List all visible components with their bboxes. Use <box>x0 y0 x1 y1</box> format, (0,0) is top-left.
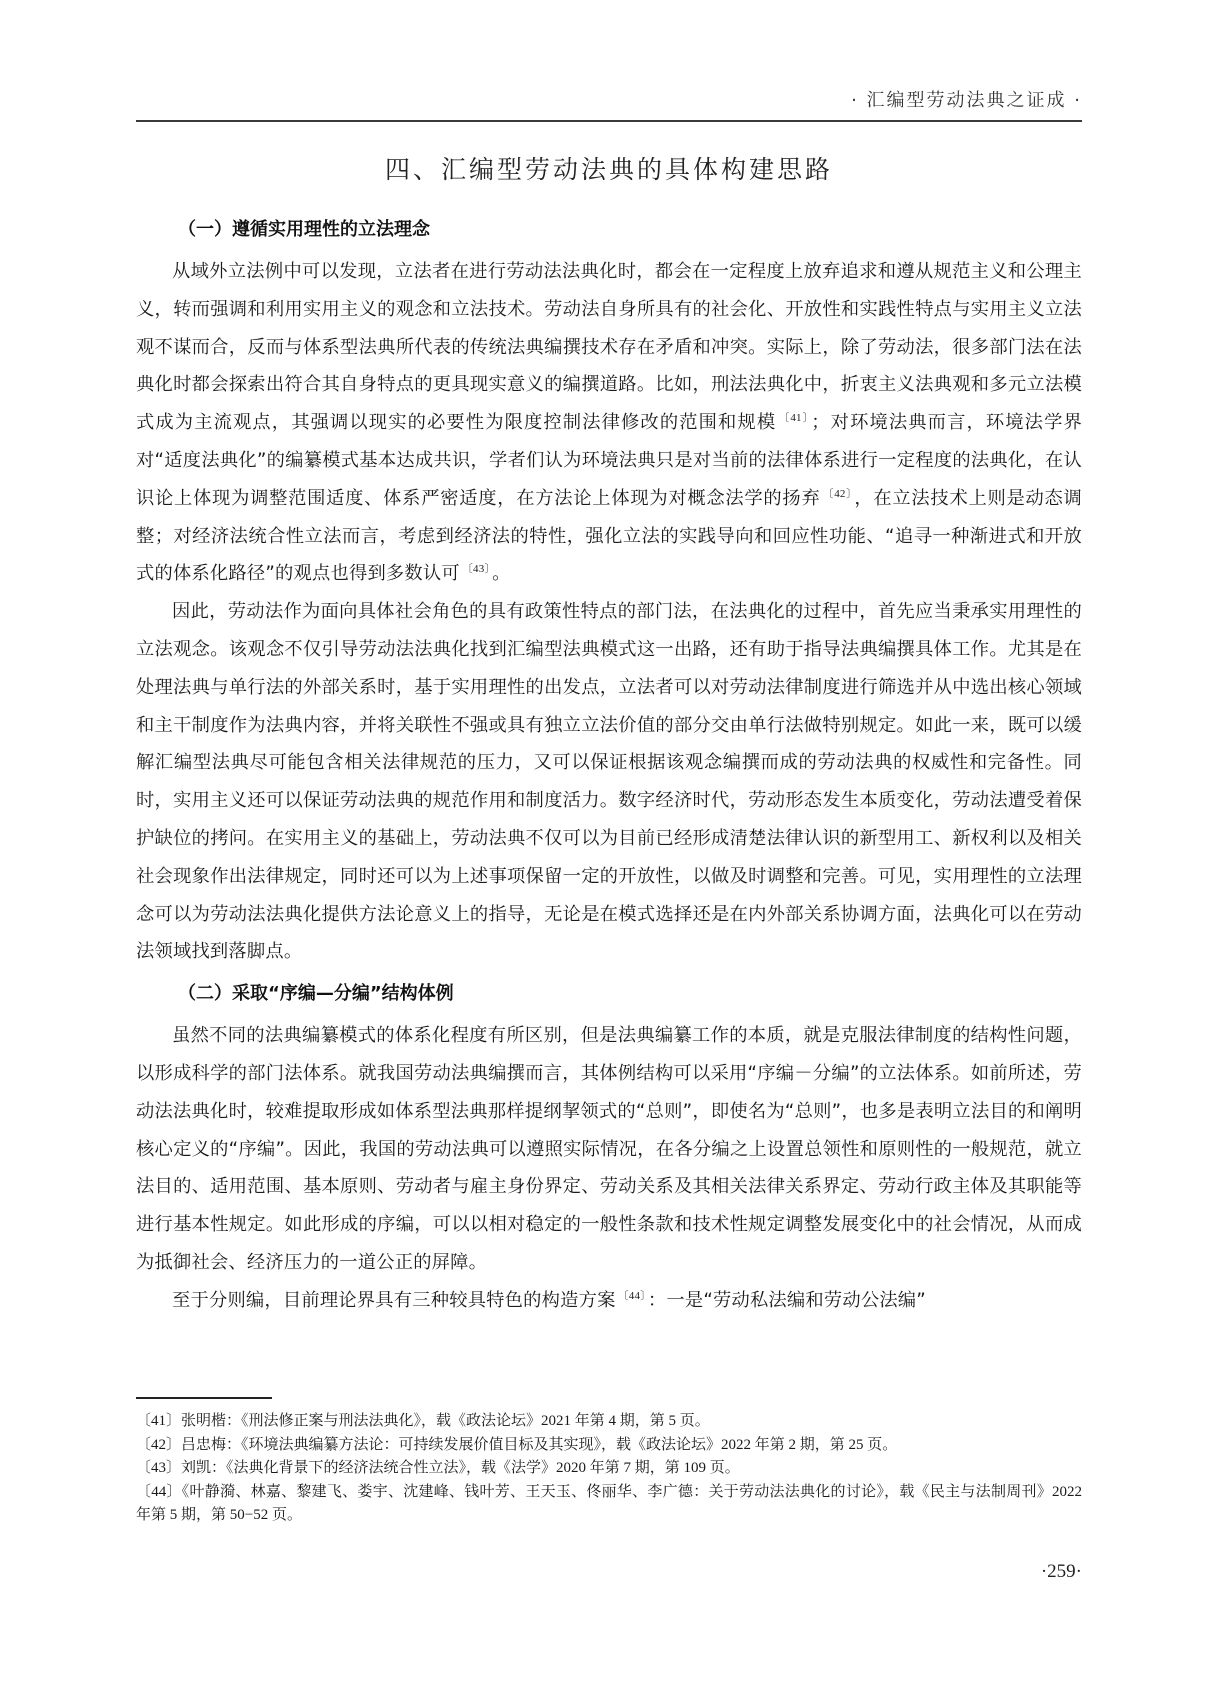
body-text: （一）遵循实用理性的立法理念 从域外立法例中可以发现，立法者在进行劳动法法典化时… <box>136 207 1082 1320</box>
footnote-41: 〔41〕张明楷：《刑法修正案与刑法法典化》，载《政法论坛》2021 年第 4 期… <box>136 1410 1082 1434</box>
footnote-44: 〔44〕《叶静漪、林嘉、黎建飞、娄宇、沈建峰、钱叶芳、王天玉、佟丽华、李广德：关… <box>136 1481 1082 1528</box>
paragraph-2: 因此，劳动法作为面向具体社会角色的具有政策性特点的部门法，在法典化的过程中，首先… <box>136 593 1082 971</box>
paragraph-1: 从域外立法例中可以发现，立法者在进行劳动法法典化时，都会在一定程度上放弃追求和遵… <box>136 253 1082 593</box>
paragraph-text: 从域外立法例中可以发现，立法者在进行劳动法法典化时，都会在一定程度上放弃追求和遵… <box>136 261 1082 433</box>
footnote-ref-41[interactable]: 〔41〕 <box>776 412 811 424</box>
footnote-ref-44[interactable]: 〔44〕 <box>616 1290 648 1302</box>
paragraph-text: 至于分则编，目前理论界具有三种较具特色的构造方案 <box>172 1290 616 1311</box>
footnote-43: 〔43〕刘凯：《法典化背景下的经济法统合性立法》，载《法学》2020 年第 7 … <box>136 1457 1082 1481</box>
paragraph-text: 。 <box>492 563 510 584</box>
header-rule <box>136 120 1082 122</box>
paragraph-4: 至于分则编，目前理论界具有三种较具特色的构造方案〔44〕：一是“劳动私法编和劳动… <box>136 1282 1082 1320</box>
footnote-rule <box>136 1397 272 1399</box>
running-header-title: · 汇编型劳动法典之证成 · <box>780 86 1082 112</box>
page-number: ·259· <box>1020 1561 1082 1583</box>
subsection-heading-1: （一）遵循实用理性的立法理念 <box>136 207 1082 253</box>
subsection-heading-2: （二）采取“序编—分编”结构体例 <box>136 971 1082 1017</box>
footnote-42: 〔42〕吕忠梅：《环境法典编纂方法论：可持续发展价值目标及其实现》，载《政法论坛… <box>136 1434 1082 1458</box>
footnote-ref-42[interactable]: 〔42〕 <box>820 488 854 500</box>
paragraph-3: 虽然不同的法典编纂模式的体系化程度有所区别，但是法典编纂工作的本质，就是克服法律… <box>136 1017 1082 1282</box>
footnote-ref-43[interactable]: 〔43〕 <box>460 563 492 575</box>
footnotes: 〔41〕张明楷：《刑法修正案与刑法法典化》，载《政法论坛》2021 年第 4 期… <box>136 1410 1082 1528</box>
paragraph-text: ：一是“劳动私法编和劳动公法编” <box>648 1290 926 1311</box>
section-title: 四、汇编型劳动法典的具体构建思路 <box>136 150 1082 186</box>
